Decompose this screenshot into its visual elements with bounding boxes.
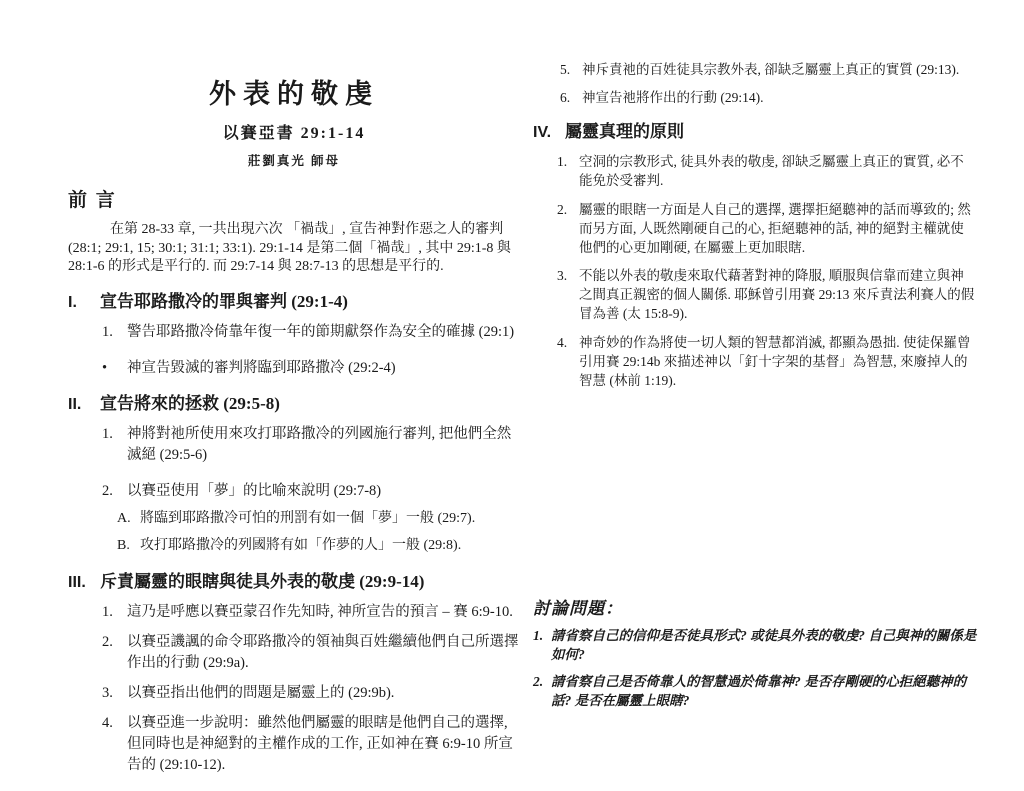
section-4: IV. 屬靈真理的原則 1. 空洞的宗教形式, 徒具外表的敬虔, 卻缺乏屬靈上真…: [533, 121, 975, 390]
item-marker: 6.: [560, 88, 582, 107]
outline-item: 2. 以賽亞譏諷的命令耶路撒冷的領袖與百姓繼續他們自己所選擇作出的行動 (29:…: [102, 632, 520, 674]
item-text: 神宣告祂將作出的行動 (29:14).: [582, 88, 975, 107]
outline-item: 6. 神宣告祂將作出的行動 (29:14).: [560, 88, 975, 107]
subitem-text: 攻打耶路撒冷的列國將有如「作夢的人」一般 (29:8).: [140, 536, 520, 556]
item-marker: 2.: [102, 481, 127, 502]
item-marker: 4.: [102, 713, 127, 776]
document-page: 外表的敬虔 以賽亞書 29:1-14 莊劉真光 師母 前 言 在第 28-33 …: [0, 0, 1024, 791]
outline-item: 4. 以賽亞進一步說明：雖然他們屬靈的眼瞎是他們自己的選擇, 但同時也是神絕對的…: [102, 713, 520, 776]
outline-item: 1. 神將對祂所使用來攻打耶路撒冷的列國施行審判, 把他們全然滅絕 (29:5-…: [102, 424, 520, 466]
outline-item: 1. 這乃是呼應以賽亞蒙召作先知時, 神所宣告的預言 – 賽 6:9-10.: [102, 602, 520, 623]
item-text: 神奇妙的作為將使一切人類的智慧都消滅, 都顯為愚拙. 使徒保羅曾引用賽 29:1…: [579, 333, 975, 390]
outline-item: 2. 以賽亞使用「夢」的比喻來說明 (29:7-8): [102, 481, 520, 502]
subitem-text: 將臨到耶路撒冷可怕的刑罰有如一個「夢」一般 (29:7).: [140, 509, 520, 529]
section-numeral: III.: [68, 573, 100, 593]
sub-item: A. 將臨到耶路撒冷可怕的刑罰有如一個「夢」一般 (29:7).: [117, 509, 520, 529]
section-heading: II. 宣告將來的拯救 (29:5-8): [68, 393, 520, 415]
item-text: 神宣告毀滅的審判將臨到耶路撒冷 (29:2-4): [127, 358, 520, 379]
question-text: 請省察自己的信仰是否徒具形式? 或徒具外表的敬虔? 自己與神的關係是如何?: [551, 627, 978, 665]
section-numeral: II.: [68, 395, 100, 415]
sub-item: B. 攻打耶路撒冷的列國將有如「作夢的人」一般 (29:8).: [117, 536, 520, 556]
author-name: 莊劉真光 師母: [68, 151, 520, 169]
outline-item: • 神宣告毀滅的審判將臨到耶路撒冷 (29:2-4): [102, 358, 520, 379]
item-marker: 1.: [102, 424, 127, 466]
page-title: 外表的敬虔: [68, 72, 520, 111]
outline-item: 4. 神奇妙的作為將使一切人類的智慧都消滅, 都顯為愚拙. 使徒保羅曾引用賽 2…: [557, 333, 975, 390]
section-2: II. 宣告將來的拯救 (29:5-8) 1. 神將對祂所使用來攻打耶路撒冷的列…: [68, 393, 520, 557]
item-text: 這乃是呼應以賽亞蒙召作先知時, 神所宣告的預言 – 賽 6:9-10.: [127, 602, 520, 623]
subitem-marker: B.: [117, 536, 140, 556]
item-marker: 1.: [557, 152, 579, 190]
item-text: 神斥責祂的百姓徒具宗教外表, 卻缺乏屬靈上真正的實質 (29:13).: [582, 60, 975, 79]
question-text: 請省察自己是否倚靠人的智慧過於倚靠神? 是否存剛硬的心拒絕聽神的話? 是否在屬靈…: [551, 673, 978, 711]
outline-item: 5. 神斥責祂的百姓徒具宗教外表, 卻缺乏屬靈上真正的實質 (29:13).: [560, 60, 975, 79]
item-text: 警告耶路撒冷倚靠年復一年的節期獻祭作為安全的確據 (29:1): [127, 322, 520, 343]
section-items: 1. 警告耶路撒冷倚靠年復一年的節期獻祭作為安全的確據 (29:1) • 神宣告…: [102, 322, 520, 379]
section-items: 1. 神將對祂所使用來攻打耶路撒冷的列國施行審判, 把他們全然滅絕 (29:5-…: [102, 424, 520, 557]
section-3: III. 斥責屬靈的眼瞎與徒具外表的敬虔 (29:9-14) 1. 這乃是呼應以…: [68, 571, 520, 776]
outline-item: 2. 屬靈的眼瞎一方面是人自己的選擇, 選擇拒絕聽神的話而導致的; 然而另方面,…: [557, 200, 975, 257]
section-items: 1. 空洞的宗教形式, 徒具外表的敬虔, 卻缺乏屬靈上真正的實質, 必不能免於受…: [557, 152, 975, 390]
section-title: 斥責屬靈的眼瞎與徒具外表的敬虔 (29:9-14): [100, 571, 520, 592]
sub-items: A. 將臨到耶路撒冷可怕的刑罰有如一個「夢」一般 (29:7). B. 攻打耶路…: [117, 509, 520, 557]
section-title: 宣告將來的拯救 (29:5-8): [100, 393, 520, 414]
section-heading: I. 宣告耶路撒冷的罪與審判 (29:1-4): [68, 291, 520, 313]
column-right: 5. 神斥責祂的百姓徒具宗教外表, 卻缺乏屬靈上真正的實質 (29:13). 6…: [533, 60, 975, 390]
discussion-question: 2. 請省察自己是否倚靠人的智慧過於倚靠神? 是否存剛硬的心拒絕聽神的話? 是否…: [533, 673, 978, 711]
section-title: 宣告耶路撒冷的罪與審判 (29:1-4): [100, 291, 520, 312]
item-marker: 4.: [557, 333, 579, 390]
section-heading: III. 斥責屬靈的眼瞎與徒具外表的敬虔 (29:9-14): [68, 571, 520, 593]
intro-heading: 前 言: [68, 185, 520, 212]
question-marker: 2.: [533, 673, 551, 711]
subitem-marker: A.: [117, 509, 140, 529]
item-marker: 3.: [557, 266, 579, 323]
outline-item: 1. 空洞的宗教形式, 徒具外表的敬虔, 卻缺乏屬靈上真正的實質, 必不能免於受…: [557, 152, 975, 190]
intro-paragraph: 在第 28-33 章, 一共出現六次 「禍哉」, 宣告神對作惡之人的審判 (28…: [68, 221, 520, 277]
section-numeral: I.: [68, 293, 100, 313]
bullet-marker: •: [102, 358, 127, 379]
item-text: 屬靈的眼瞎一方面是人自己的選擇, 選擇拒絕聽神的話而導致的; 然而另方面, 人既…: [579, 200, 975, 257]
item-marker: 1.: [102, 602, 127, 623]
section-numeral: IV.: [533, 123, 565, 143]
discussion-block: 討論問題： 1. 請省察自己的信仰是否徒具形式? 或徒具外表的敬虔? 自己與神的…: [533, 594, 978, 711]
discussion-question: 1. 請省察自己的信仰是否徒具形式? 或徒具外表的敬虔? 自己與神的關係是如何?: [533, 627, 978, 665]
column-left: 外表的敬虔 以賽亞書 29:1-14 莊劉真光 師母 前 言 在第 28-33 …: [68, 56, 520, 776]
outline-item: 3. 以賽亞指出他們的問題是屬靈上的 (29:9b).: [102, 683, 520, 704]
item-text: 以賽亞使用「夢」的比喻來說明 (29:7-8): [127, 481, 520, 502]
outline-item: 1. 警告耶路撒冷倚靠年復一年的節期獻祭作為安全的確據 (29:1): [102, 322, 520, 343]
item-text: 以賽亞譏諷的命令耶路撒冷的領袖與百姓繼續他們自己所選擇作出的行動 (29:9a)…: [127, 632, 520, 674]
item-marker: 2.: [557, 200, 579, 257]
section-title: 屬靈真理的原則: [565, 121, 975, 142]
question-marker: 1.: [533, 627, 551, 665]
discussion-heading: 討論問題：: [533, 594, 978, 619]
section-3-continued: 5. 神斥責祂的百姓徒具宗教外表, 卻缺乏屬靈上真正的實質 (29:13). 6…: [560, 60, 975, 107]
section-heading: IV. 屬靈真理的原則: [533, 121, 975, 143]
item-marker: 5.: [560, 60, 582, 79]
section-items: 1. 這乃是呼應以賽亞蒙召作先知時, 神所宣告的預言 – 賽 6:9-10. 2…: [102, 602, 520, 776]
item-text: 神將對祂所使用來攻打耶路撒冷的列國施行審判, 把他們全然滅絕 (29:5-6): [127, 424, 520, 466]
item-marker: 1.: [102, 322, 127, 343]
item-text: 不能以外表的敬虔來取代藉著對神的降服, 順服與信靠而建立與神之間真正親密的個人關…: [579, 266, 975, 323]
item-text: 以賽亞指出他們的問題是屬靈上的 (29:9b).: [127, 683, 520, 704]
section-1: I. 宣告耶路撒冷的罪與審判 (29:1-4) 1. 警告耶路撒冷倚靠年復一年的…: [68, 291, 520, 379]
scripture-reference: 以賽亞書 29:1-14: [68, 120, 520, 143]
item-text: 以賽亞進一步說明：雖然他們屬靈的眼瞎是他們自己的選擇, 但同時也是神絕對的主權作…: [127, 713, 520, 776]
item-marker: 2.: [102, 632, 127, 674]
outline-item: 3. 不能以外表的敬虔來取代藉著對神的降服, 順服與信靠而建立與神之間真正親密的…: [557, 266, 975, 323]
item-text: 空洞的宗教形式, 徒具外表的敬虔, 卻缺乏屬靈上真正的實質, 必不能免於受審判.: [579, 152, 975, 190]
item-marker: 3.: [102, 683, 127, 704]
